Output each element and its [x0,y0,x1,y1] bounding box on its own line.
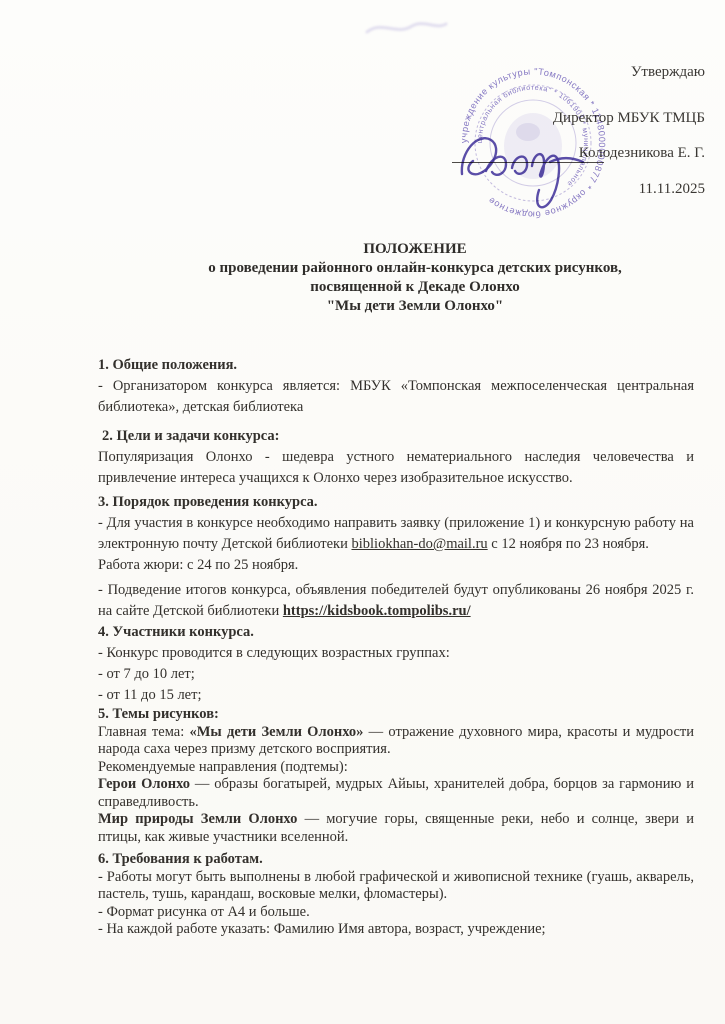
scanned-document-page: Утверждаю Директор МБУК ТМЦБ Колодезнико… [0,0,725,1024]
section-4-paragraph-3: - от 11 до 15 лет; [98,685,694,706]
section-5-paragraph-3: Герои Олонхо — образы богатырей, мудрых … [98,776,694,811]
section-3-paragraph-3: - Подведение итогов конкурса, объявления… [98,580,694,622]
ink-smudge [362,14,452,42]
section-5-paragraph-1: Главная тема: «Мы дети Земли Олонхо» — о… [98,724,694,759]
section-6-heading: 6. Требования к работам. [98,851,694,869]
document-title: ПОЛОЖЕНИЕ о проведении районного онлайн-… [100,240,725,316]
section-1-paragraph: - Организатором конкурса является: МБУК … [98,376,694,418]
section-4-paragraph-1: - Конкурс проводится в следующих возраст… [98,643,694,664]
section-3-heading: 3. Порядок проведения конкурса. [98,492,694,513]
section-procedure: 3. Порядок проведения конкурса. - Для уч… [98,492,694,622]
director-signature [450,112,615,217]
text-segment: «Мы дети Земли Олонхо» [189,724,363,740]
text-segment: : [214,706,219,722]
document-body: 1. Общие положения. - Организатором конк… [98,355,694,939]
section-6-paragraph-1: - Работы могут быть выполнены в любой гр… [98,869,694,904]
approval-label: Утверждаю [631,64,705,81]
link-text: bibliokhan-do@mail.ru [351,536,487,552]
section-themes: 5. Темы рисунков: Главная тема: «Мы дети… [98,706,694,846]
text-segment: Мир природы Земли Олонхо [98,811,297,827]
section-2-paragraph: Популяризация Олонхо - шедевра устного н… [98,447,694,489]
section-2-heading: 2. Цели и задачи конкурса: [98,426,694,447]
section-3-paragraph-1: - Для участия в конкурсе необходимо напр… [98,513,694,555]
link-text: https://kidsbook.tompolibs.ru/ [283,603,471,619]
section-4-paragraph-2: - от 7 до 10 лет; [98,664,694,685]
section-5-paragraph-4: Мир природы Земли Олонхо — могучие горы,… [98,811,694,846]
section-requirements: 6. Требования к работам. - Работы могут … [98,851,694,939]
section-5-paragraph-2: Рекомендуемые направления (подтемы): [98,759,694,777]
section-general: 1. Общие положения. - Организатором конк… [98,355,694,418]
section-3-paragraph-2: Работа жюри: с 24 по 25 ноября. [98,555,694,576]
title-line-2: о проведении районного онлайн-конкурса д… [100,259,725,278]
text-segment: 5. Темы рисунков [98,706,214,722]
section-participants: 4. Участники конкурса. - Конкурс проводи… [98,622,694,706]
text-segment: с 12 ноября по 23 ноября. [488,536,649,552]
section-goals: 2. Цели и задачи конкурса: Популяризация… [98,426,694,489]
section-5-heading: 5. Темы рисунков: [98,706,694,724]
title-line-1: ПОЛОЖЕНИЕ [100,240,725,259]
section-6-paragraph-2: - Формат рисунка от А4 и больше. [98,904,694,922]
title-line-3: посвященной к Декаде Олонхо [100,278,725,297]
section-4-heading: 4. Участники конкурса. [98,622,694,643]
text-segment: Герои Олонхо [98,776,190,792]
title-line-4: "Мы дети Земли Олонхо" [100,297,725,316]
approval-date: 11.11.2025 [639,181,705,198]
section-1-heading: 1. Общие положения. [98,355,694,376]
text-segment: Главная тема: [98,724,189,740]
section-6-paragraph-3: - На каждой работе указать: Фамилию Имя … [98,921,694,939]
